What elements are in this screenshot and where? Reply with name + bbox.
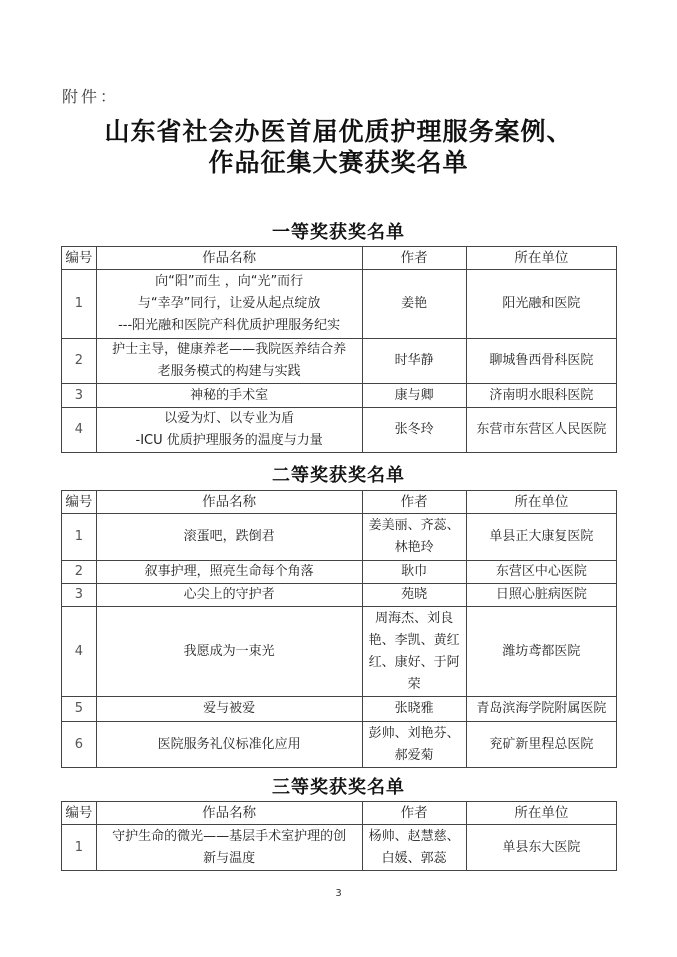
col-header-org: 所在单位 (466, 247, 616, 270)
col-header-no: 编号 (62, 802, 97, 825)
name-line: 叙事护理，照亮生命每个角落 (100, 561, 359, 583)
table-header-row: 编号 作品名称 作者 所在单位 (62, 491, 617, 514)
author-line: 张晓雅 (366, 698, 463, 720)
table-row: 6 医院服务礼仪标准化应用 彭帅、刘艳芬、 郝爱菊 兖矿新里程总医院 (62, 722, 617, 768)
author-line: 红、康好、于阿 (366, 652, 463, 674)
author-line: 姜美丽、齐蕊、 (366, 515, 463, 537)
col-header-author: 作者 (362, 802, 466, 825)
cell-author: 张晓雅 (362, 697, 466, 722)
name-line: 爱与被爱 (100, 698, 359, 720)
cell-name: 守护生命的微光——基层手术室护理的创 新与温度 (96, 825, 362, 871)
cell-org: 东营市东营区人民医院 (466, 408, 616, 453)
author-line: 郝爱菊 (366, 745, 463, 767)
cell-name: 叙事护理，照亮生命每个角落 (96, 561, 362, 584)
table-row: 5 爱与被爱 张晓雅 青岛滨海学院附属医院 (62, 697, 617, 722)
table-header-row: 编号 作品名称 作者 所在单位 (62, 802, 617, 825)
third-prize-table: 编号 作品名称 作者 所在单位 1 守护生命的微光——基层手术室护理的创 新与温… (61, 801, 617, 871)
author-line: 周海杰、刘良 (366, 608, 463, 630)
section-title-first-prize: 一等奖获奖名单 (0, 218, 677, 244)
name-line: 向“阳”而生 ，向“光”而行 (100, 271, 359, 293)
author-line: 耿巾 (366, 561, 463, 583)
col-header-org: 所在单位 (466, 491, 616, 514)
author-line: 艳、李凯、黄红 (366, 630, 463, 652)
first-prize-table: 编号 作品名称 作者 所在单位 1 向“阳”而生 ，向“光”而行 与“幸孕”同行… (61, 246, 617, 453)
cell-org: 日照心脏病医院 (466, 584, 616, 607)
author-line: 白媛、郭蕊 (366, 848, 463, 870)
table-row: 4 我愿成为一束光 周海杰、刘良 艳、李凯、黄红 红、康好、于阿 荣 潍坊鸢都医… (62, 607, 617, 697)
col-header-org: 所在单位 (466, 802, 616, 825)
col-header-author: 作者 (362, 247, 466, 270)
table-row: 3 神秘的手术室 康与卿 济南明水眼科医院 (62, 384, 617, 408)
cell-no: 1 (62, 270, 97, 339)
cell-author: 张冬玲 (362, 408, 466, 453)
name-line: 老服务模式的构建与实践 (100, 361, 359, 383)
table-header-row: 编号 作品名称 作者 所在单位 (62, 247, 617, 270)
cell-name: 爱与被爱 (96, 697, 362, 722)
author-line: 彭帅、刘艳芬、 (366, 723, 463, 745)
cell-no: 5 (62, 697, 97, 722)
cell-org: 单县正大康复医院 (466, 514, 616, 561)
document-title-line-2: 作品征集大赛获奖名单 (0, 143, 677, 179)
cell-author: 姜艳 (362, 270, 466, 339)
cell-name: 医院服务礼仪标准化应用 (96, 722, 362, 768)
second-prize-table: 编号 作品名称 作者 所在单位 1 滚蛋吧，跌倒君 姜美丽、齐蕊、 林艳玲 单县… (61, 490, 617, 768)
name-line: 守护生命的微光——基层手术室护理的创 (100, 826, 359, 848)
cell-name: 护士主导，健康养老——我院医养结合养 老服务模式的构建与实践 (96, 339, 362, 384)
table-row: 2 护士主导，健康养老——我院医养结合养 老服务模式的构建与实践 时华静 聊城鲁… (62, 339, 617, 384)
cell-org: 潍坊鸢都医院 (466, 607, 616, 697)
author-line: 时华静 (366, 350, 463, 372)
cell-name: 滚蛋吧，跌倒君 (96, 514, 362, 561)
cell-no: 4 (62, 607, 97, 697)
author-line: 张冬玲 (366, 419, 463, 441)
table-row: 3 心尖上的守护者 苑晓 日照心脏病医院 (62, 584, 617, 607)
author-line: 林艳玲 (366, 537, 463, 559)
cell-author: 彭帅、刘艳芬、 郝爱菊 (362, 722, 466, 768)
name-line: -ICU 优质护理服务的温度与力量 (100, 430, 359, 452)
cell-no: 1 (62, 825, 97, 871)
cell-author: 杨帅、赵慧慈、 白媛、郭蕊 (362, 825, 466, 871)
cell-no: 4 (62, 408, 97, 453)
cell-org: 东营区中心医院 (466, 561, 616, 584)
col-header-no: 编号 (62, 491, 97, 514)
name-line: 与“幸孕”同行，让爱从起点绽放 (100, 293, 359, 315)
name-line: ---阳光融和医院产科优质护理服务纪实 (100, 315, 359, 337)
name-line: 护士主导，健康养老——我院医养结合养 (100, 339, 359, 361)
cell-author: 康与卿 (362, 384, 466, 408)
col-header-author: 作者 (362, 491, 466, 514)
page-number: 3 (0, 888, 677, 899)
name-line: 新与温度 (100, 848, 359, 870)
cell-no: 6 (62, 722, 97, 768)
cell-name: 神秘的手术室 (96, 384, 362, 408)
name-line: 我愿成为一束光 (100, 641, 359, 663)
table-row: 1 守护生命的微光——基层手术室护理的创 新与温度 杨帅、赵慧慈、 白媛、郭蕊 … (62, 825, 617, 871)
author-line: 杨帅、赵慧慈、 (366, 826, 463, 848)
cell-org: 青岛滨海学院附属医院 (466, 697, 616, 722)
author-line: 荣 (366, 674, 463, 696)
table-row: 4 以爱为灯、以专业为盾 -ICU 优质护理服务的温度与力量 张冬玲 东营市东营… (62, 408, 617, 453)
author-line: 苑晓 (366, 584, 463, 606)
table-row: 1 向“阳”而生 ，向“光”而行 与“幸孕”同行，让爱从起点绽放 ---阳光融和… (62, 270, 617, 339)
col-header-name: 作品名称 (96, 802, 362, 825)
cell-name: 向“阳”而生 ，向“光”而行 与“幸孕”同行，让爱从起点绽放 ---阳光融和医院… (96, 270, 362, 339)
name-line: 心尖上的守护者 (100, 584, 359, 606)
col-header-no: 编号 (62, 247, 97, 270)
cell-org: 济南明水眼科医院 (466, 384, 616, 408)
name-line: 神秘的手术室 (100, 385, 359, 407)
name-line: 医院服务礼仪标准化应用 (100, 734, 359, 756)
section-title-second-prize: 二等奖获奖名单 (0, 461, 677, 487)
cell-org: 兖矿新里程总医院 (466, 722, 616, 768)
cell-author: 耿巾 (362, 561, 466, 584)
cell-author: 姜美丽、齐蕊、 林艳玲 (362, 514, 466, 561)
cell-no: 1 (62, 514, 97, 561)
table-row: 2 叙事护理，照亮生命每个角落 耿巾 东营区中心医院 (62, 561, 617, 584)
cell-no: 3 (62, 584, 97, 607)
cell-no: 3 (62, 384, 97, 408)
cell-no: 2 (62, 561, 97, 584)
attachment-label: 附件： (62, 84, 119, 107)
cell-name: 我愿成为一束光 (96, 607, 362, 697)
col-header-name: 作品名称 (96, 247, 362, 270)
cell-author: 周海杰、刘良 艳、李凯、黄红 红、康好、于阿 荣 (362, 607, 466, 697)
table-row: 1 滚蛋吧，跌倒君 姜美丽、齐蕊、 林艳玲 单县正大康复医院 (62, 514, 617, 561)
author-line: 姜艳 (366, 293, 463, 315)
cell-author: 时华静 (362, 339, 466, 384)
name-line: 以爱为灯、以专业为盾 (100, 408, 359, 430)
cell-name: 以爱为灯、以专业为盾 -ICU 优质护理服务的温度与力量 (96, 408, 362, 453)
cell-org: 单县东大医院 (466, 825, 616, 871)
cell-org: 聊城鲁西骨科医院 (466, 339, 616, 384)
section-title-third-prize: 三等奖获奖名单 (0, 773, 677, 799)
cell-org: 阳光融和医院 (466, 270, 616, 339)
col-header-name: 作品名称 (96, 491, 362, 514)
cell-name: 心尖上的守护者 (96, 584, 362, 607)
cell-no: 2 (62, 339, 97, 384)
author-line: 康与卿 (366, 385, 463, 407)
cell-author: 苑晓 (362, 584, 466, 607)
name-line: 滚蛋吧，跌倒君 (100, 526, 359, 548)
